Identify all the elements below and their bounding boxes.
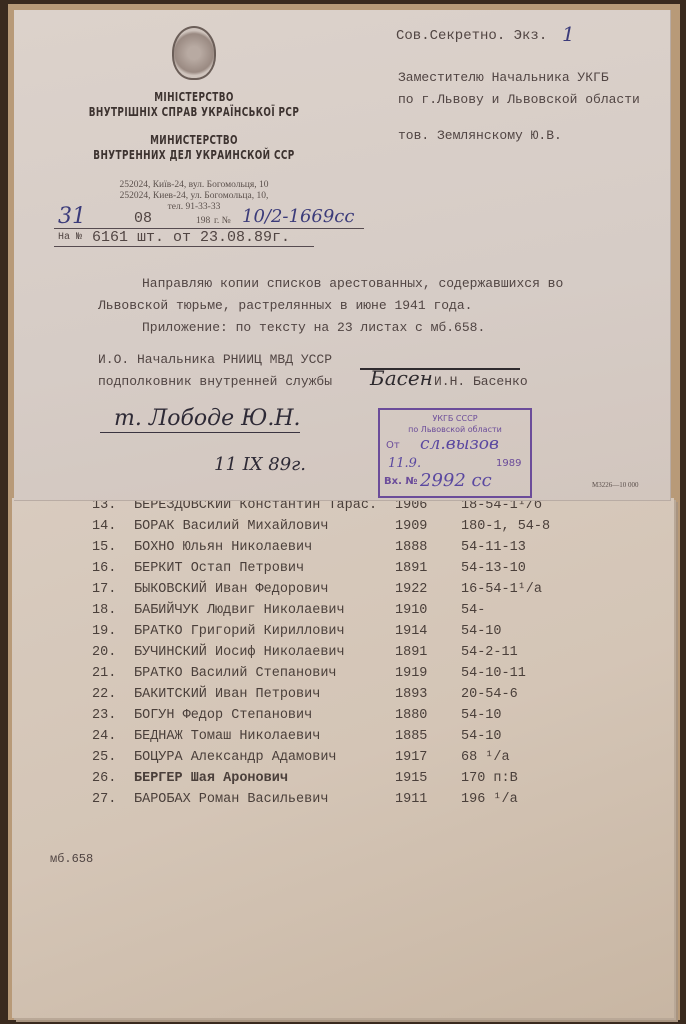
- case-code: 54-11-13: [461, 540, 526, 555]
- list-item: 13.БЕРЕЗДОВСКИЙ Константин Тарас.190618-…: [0, 498, 662, 519]
- birth-year: 1909: [395, 519, 427, 534]
- resolution-date: 11 IX 89г.: [214, 454, 306, 475]
- row-number: 15.: [92, 540, 116, 555]
- resolution-underline: [100, 432, 300, 433]
- stamp-date: 11.9.: [388, 456, 421, 471]
- list-sheet: 13.БЕРЕЗДОВСКИЙ Константин Тарас.190618-…: [12, 498, 674, 1018]
- person-name: БОХНО Юльян Николаевич: [134, 540, 312, 555]
- date-day: 31: [58, 204, 86, 229]
- list-item: 15.БОХНО Юльян Николаевич188854-11-13: [0, 540, 662, 561]
- classification-label: Сов.Секретно. Экз.: [396, 28, 547, 44]
- row-number: 17.: [92, 582, 116, 597]
- birth-year: 1885: [395, 729, 427, 744]
- list-item: 19.БРАТКО Григорий Кириллович191454-10: [0, 624, 662, 645]
- list-item: 27.БАРОБАХ Роман Васильевич1911196 ¹/а: [0, 792, 662, 813]
- case-code: 54-10-11: [461, 666, 526, 681]
- person-name: БРАТКО Василий Степанович: [134, 666, 337, 681]
- stamp-in-number: 2992 сс: [420, 470, 492, 491]
- copy-number: 1: [562, 22, 575, 46]
- list-item: 16.БЕРКИТ Остап Петрович189154-13-10: [0, 561, 662, 582]
- case-code: 54-10: [461, 729, 502, 744]
- signatory-rank: подполковник внутренней службы: [98, 374, 332, 389]
- cover-letter: МІНІСТЕРСТВО ВНУТРІШНІХ СПРАВ УКРАЇНСЬКО…: [14, 10, 671, 501]
- case-code: 54-2-11: [461, 645, 518, 660]
- date-year-prefix: 198: [196, 216, 210, 227]
- row-number: 26.: [92, 771, 116, 786]
- person-name: БУЧИНСКИЙ Иосиф Николаевич: [134, 645, 345, 660]
- birth-year: 1917: [395, 750, 427, 765]
- row-number: 23.: [92, 708, 116, 723]
- stamp-year: 1989: [496, 458, 521, 469]
- list-item: 25.БОЦУРА Александр Адамович191768 ¹/а: [0, 750, 662, 771]
- ministry-ru-title: МИНИСТЕРСТВО ВНУТРЕННИХ ДЕЛ УКРАИНСКОЙ С…: [79, 133, 309, 163]
- row-number: 14.: [92, 519, 116, 534]
- person-name: БАРОБАХ Роман Васильевич: [134, 792, 328, 807]
- birth-year: 1922: [395, 582, 427, 597]
- person-name: БЕДНАЖ Томаш Николаевич: [134, 729, 320, 744]
- list-item: 21.БРАТКО Василий Степанович191954-10-11: [0, 666, 662, 687]
- stamp-in-label: Вх. №: [384, 476, 417, 487]
- birth-year: 1911: [395, 792, 427, 807]
- birth-year: 1888: [395, 540, 427, 555]
- signatory-title: И.О. Начальника РНИИЦ МВД УССР: [98, 352, 332, 367]
- list-item: 26.БЕРГЕР Шая Аронович1915170 п:В: [0, 771, 662, 792]
- person-name: БОЦУРА Александр Адамович: [134, 750, 337, 765]
- addressee-line1: Заместителю Начальника УКГБ: [398, 70, 609, 85]
- person-name: БЫКОВСКИЙ Иван Федорович: [134, 582, 328, 597]
- row-number: 19.: [92, 624, 116, 639]
- resolution-addressee: т. Лободе Ю.Н.: [114, 406, 301, 431]
- attachment-note: Приложение: по тексту на 23 листах с мб.…: [142, 320, 485, 335]
- list-item: 20.БУЧИНСКИЙ Иосиф Николаевич189154-2-11: [0, 645, 662, 666]
- row-number: 24.: [92, 729, 116, 744]
- number-label: г. №: [214, 216, 231, 227]
- birth-year: 1891: [395, 561, 427, 576]
- case-code: 170 п:В: [461, 771, 518, 786]
- list-item: 23.БОГУН Федор Степанович188054-10: [0, 708, 662, 729]
- row-number: 22.: [92, 687, 116, 702]
- row-number: 25.: [92, 750, 116, 765]
- stamp-org: УКГБ СССР: [380, 414, 530, 423]
- birth-year: 1880: [395, 708, 427, 723]
- case-code: 54-13-10: [461, 561, 526, 576]
- row-number: 18.: [92, 603, 116, 618]
- person-name: БОГУН Федор Степанович: [134, 708, 312, 723]
- list-item: 24.БЕДНАЖ Томаш Николаевич188554-10: [0, 729, 662, 750]
- ref-prefix: На №: [58, 232, 82, 243]
- row-number: 21.: [92, 666, 116, 681]
- birth-year: 1914: [395, 624, 427, 639]
- outgoing-number: 10/2-1669сс: [242, 206, 354, 227]
- list-item: 18.БАБИЙЧУК Людвиг Николаевич191054-: [0, 603, 662, 624]
- stamp-from-label: От: [386, 440, 400, 451]
- list-item: 17.БЫКОВСКИЙ Иван Федорович192216-54-1¹/…: [0, 582, 662, 603]
- row-number: 16.: [92, 561, 116, 576]
- case-code: 196 ¹/а: [461, 792, 518, 807]
- addressee-line2: по г.Львову и Львовской области: [398, 92, 640, 107]
- birth-year: 1891: [395, 645, 427, 660]
- print-run-mark: М3226—10 000: [592, 480, 638, 491]
- addressee-line3: тов. Землянскому Ю.В.: [398, 128, 562, 143]
- birth-year: 1910: [395, 603, 427, 618]
- ref-text: 6161 шт. от 23.08.89г.: [92, 229, 290, 246]
- registration-stamp: УКГБ СССР по Львовской области От сл.выз…: [378, 408, 532, 498]
- signature-stroke: [360, 368, 520, 370]
- list-item: 22.БАКИТСКИЙ Иван Петрович189320-54-6: [0, 687, 662, 708]
- birth-year: 1919: [395, 666, 427, 681]
- case-code: 180-1, 54-8: [461, 519, 550, 534]
- person-name: БЕРГЕР Шая Аронович: [134, 771, 288, 786]
- person-name: БАБИЙЧУК Людвиг Николаевич: [134, 603, 345, 618]
- birth-year: 1893: [395, 687, 427, 702]
- birth-year: 1915: [395, 771, 427, 786]
- person-name: БАКИТСКИЙ Иван Петрович: [134, 687, 320, 702]
- ministry-ua-title: МІНІСТЕРСТВО ВНУТРІШНІХ СПРАВ УКРАЇНСЬКО…: [79, 90, 309, 120]
- body-line1: Направляю копии списков арестованных, со…: [142, 276, 563, 291]
- signatory-name: И.Н. Басенко: [434, 374, 528, 389]
- body-line2: Львовской тюрьме, растрелянных в июне 19…: [98, 298, 472, 313]
- person-name: БРАТКО Григорий Кириллович: [134, 624, 345, 639]
- ref-underline: [54, 246, 314, 247]
- person-name: БЕРКИТ Остап Петрович: [134, 561, 304, 576]
- emblem-icon: [172, 26, 216, 80]
- row-number: 27.: [92, 792, 116, 807]
- footer-mark: мб.658: [50, 852, 93, 866]
- list-item: 14.БОРАК Василий Михайлович1909180-1, 54…: [0, 519, 662, 540]
- case-code: 16-54-1¹/а: [461, 582, 542, 597]
- row-number: 20.: [92, 645, 116, 660]
- case-code: 54-10: [461, 708, 502, 723]
- case-code: 68 ¹/а: [461, 750, 510, 765]
- case-code: 54-10: [461, 624, 502, 639]
- case-code: 20-54-6: [461, 687, 518, 702]
- date-month: 08: [134, 210, 152, 227]
- stamp-from-value: сл.вызов: [420, 434, 499, 454]
- case-code: 54-: [461, 603, 485, 618]
- person-name: БОРАК Василий Михайлович: [134, 519, 328, 534]
- stamp-region: по Львовской области: [380, 425, 530, 434]
